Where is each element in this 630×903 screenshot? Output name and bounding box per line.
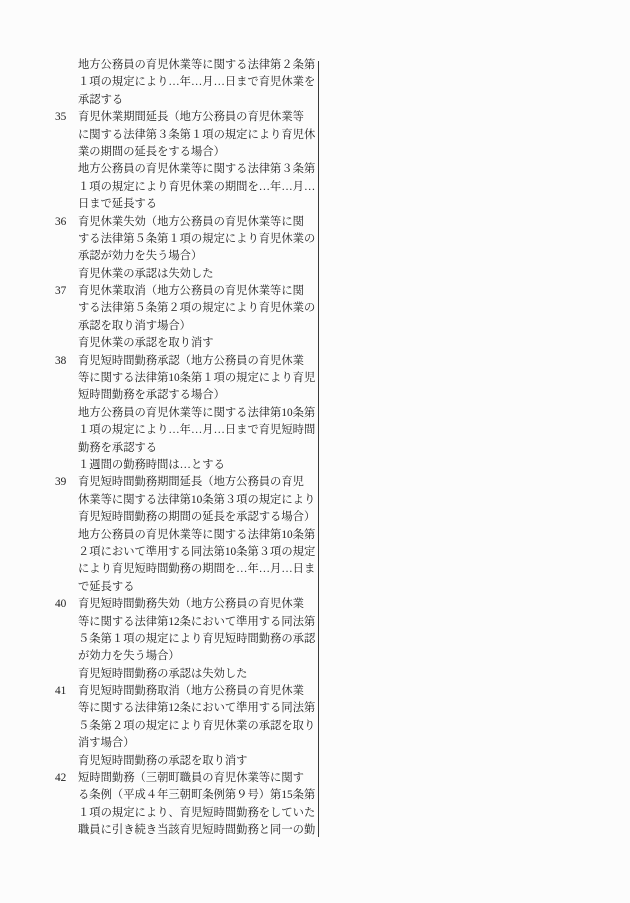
document-line: 消す場合） xyxy=(55,735,321,752)
line-text: １項の規定により、育児短時間勤務をしていた xyxy=(78,805,315,822)
line-text: ５条第１項の規定により育児短時間勤務の承認 xyxy=(78,631,315,648)
line-text: 育児休業の承認を取り消す xyxy=(78,335,214,352)
document-line: 41育児短時間勤務取消（地方公務員の育児休業 xyxy=(55,683,321,700)
line-text: する法律第５条第１項の規定により育児休業の xyxy=(78,231,315,248)
line-text: 承認する xyxy=(78,92,123,109)
line-text: 地方公務員の育児休業等に関する法律第２条第 xyxy=(78,57,315,74)
line-text: 等に関する法律第12条において準用する同法第 xyxy=(78,614,315,631)
document-line: 勤務を承認する xyxy=(55,440,321,457)
item-number: 38 xyxy=(55,353,66,370)
document-line: により育児短時間勤務の期間を…年…月…日ま xyxy=(55,561,321,578)
line-text: 等に関する法律第12条において準用する同法第 xyxy=(78,700,315,717)
line-text: １項の規定により…年…月…日まで育児休業を xyxy=(78,74,315,91)
document-page: 地方公務員の育児休業等に関する法律第２条第 １項の規定により…年…月…日まで育児… xyxy=(0,0,630,903)
line-text: 育児短時間勤務の期間の延長を承認する場合） xyxy=(78,509,315,526)
document-line: 短時間勤務を承認する場合） xyxy=(55,387,321,404)
line-text: 育児休業の承認は失効した xyxy=(78,266,214,283)
document-line: 等に関する法律第12条において準用する同法第 xyxy=(55,614,321,631)
item-number: 39 xyxy=(55,474,66,491)
line-text: 承認が効力を失う場合） xyxy=(78,248,202,265)
line-text: ５条第２項の規定により育児休業の承認を取り xyxy=(78,718,315,735)
document-line: 39育児短時間勤務期間延長（地方公務員の育児 xyxy=(55,474,321,491)
document-line: １項の規定により…年…月…日まで育児休業を xyxy=(55,74,321,91)
document-line: ２項において準用する同法第10条第３項の規定 xyxy=(55,544,321,561)
item-number: 36 xyxy=(55,214,66,231)
document-line: 等に関する法律第10条第１項の規定により育児 xyxy=(55,370,321,387)
line-text: 日まで延長する xyxy=(78,196,157,213)
line-text: 承認を取り消す場合） xyxy=(78,318,191,335)
line-text: 育児休業取消（地方公務員の育児休業等に関 xyxy=(78,283,304,300)
column-divider-rule xyxy=(318,61,319,837)
document-line: 35育児休業期間延長（地方公務員の育児休業等 xyxy=(55,109,321,126)
document-line: 休業等に関する法律第10条第３項の規定により xyxy=(55,492,321,509)
document-line: ５条第１項の規定により育児短時間勤務の承認 xyxy=(55,631,321,648)
item-number: 35 xyxy=(55,109,66,126)
document-line: 承認する xyxy=(55,92,321,109)
document-line: が効力を失う場合） xyxy=(55,648,321,665)
line-text: により育児短時間勤務の期間を…年…月…日ま xyxy=(78,561,315,578)
document-line: 育児休業の承認を取り消す xyxy=(55,335,321,352)
document-line: １項の規定により…年…月…日まで育児短時間 xyxy=(55,422,321,439)
document-line: 地方公務員の育児休業等に関する法律第10条第 xyxy=(55,527,321,544)
line-text: する法律第５条第２項の規定により育児休業の xyxy=(78,300,315,317)
line-text: 職員に引き続き当該育児短時間勤務と同一の勤 xyxy=(78,822,315,839)
line-text: 育児休業期間延長（地方公務員の育児休業等 xyxy=(78,109,304,126)
document-line: 地方公務員の育児休業等に関する法律第３条第 xyxy=(55,161,321,178)
document-line: に関する法律第３条第１項の規定により育児休 xyxy=(55,127,321,144)
line-text: に関する法律第３条第１項の規定により育児休 xyxy=(78,127,315,144)
document-line: 37育児休業取消（地方公務員の育児休業等に関 xyxy=(55,283,321,300)
line-text: 業の期間の延長をする場合） xyxy=(78,144,225,161)
document-line: 等に関する法律第12条において準用する同法第 xyxy=(55,700,321,717)
line-text: 育児短時間勤務の承認は失効した xyxy=(78,666,247,683)
line-text: 育児短時間勤務の承認を取り消す xyxy=(78,753,247,770)
document-line: 育児短時間勤務の承認を取り消す xyxy=(55,753,321,770)
document-line: 業の期間の延長をする場合） xyxy=(55,144,321,161)
document-line: ５条第２項の規定により育児休業の承認を取り xyxy=(55,718,321,735)
line-text: 短時間勤務を承認する場合） xyxy=(78,387,225,404)
line-text: が効力を失う場合） xyxy=(78,648,180,665)
document-line: 42短時間勤務（三朝町職員の育児休業等に関す xyxy=(55,770,321,787)
line-text: 地方公務員の育児休業等に関する法律第10条第 xyxy=(78,405,315,422)
line-text: で延長する xyxy=(78,579,135,596)
line-text: 育児短時間勤務取消（地方公務員の育児休業 xyxy=(78,683,304,700)
line-text: 育児休業失効（地方公務員の育児休業等に関 xyxy=(78,214,304,231)
line-text: 勤務を承認する xyxy=(78,440,157,457)
document-line: 職員に引き続き当該育児短時間勤務と同一の勤 xyxy=(55,822,321,839)
document-line: 育児短時間勤務の期間の延長を承認する場合） xyxy=(55,509,321,526)
line-text: 育児短時間勤務承認（地方公務員の育児休業 xyxy=(78,353,304,370)
line-text: １週間の勤務時間は…とする xyxy=(78,457,225,474)
document-line: １項の規定により育児休業の期間を…年…月… xyxy=(55,179,321,196)
document-line: １週間の勤務時間は…とする xyxy=(55,457,321,474)
line-text: １項の規定により育児休業の期間を…年…月… xyxy=(78,179,315,196)
document-line: 地方公務員の育児休業等に関する法律第10条第 xyxy=(55,405,321,422)
line-text: 短時間勤務（三朝町職員の育児休業等に関す xyxy=(78,770,304,787)
line-text: 消す場合） xyxy=(78,735,135,752)
document-line: 承認を取り消す場合） xyxy=(55,318,321,335)
document-line: １項の規定により、育児短時間勤務をしていた xyxy=(55,805,321,822)
line-text: 等に関する法律第10条第１項の規定により育児 xyxy=(78,370,315,387)
item-number: 37 xyxy=(55,283,66,300)
line-text: ２項において準用する同法第10条第３項の規定 xyxy=(78,544,315,561)
item-number: 41 xyxy=(55,683,66,700)
document-line: 承認が効力を失う場合） xyxy=(55,248,321,265)
item-number: 40 xyxy=(55,596,66,613)
document-line: 36育児休業失効（地方公務員の育児休業等に関 xyxy=(55,214,321,231)
item-number: 42 xyxy=(55,770,66,787)
line-text: １項の規定により…年…月…日まで育児短時間 xyxy=(78,422,315,439)
document-line: 育児短時間勤務の承認は失効した xyxy=(55,666,321,683)
line-text: 休業等に関する法律第10条第３項の規定により xyxy=(78,492,315,509)
document-line: する法律第５条第１項の規定により育児休業の xyxy=(55,231,321,248)
document-line: 日まで延長する xyxy=(55,196,321,213)
document-line: 育児休業の承認は失効した xyxy=(55,266,321,283)
document-line: る条例（平成４年三朝町条例第９号）第15条第 xyxy=(55,787,321,804)
line-text: 地方公務員の育児休業等に関する法律第10条第 xyxy=(78,527,315,544)
document-line: する法律第５条第２項の規定により育児休業の xyxy=(55,300,321,317)
line-text: る条例（平成４年三朝町条例第９号）第15条第 xyxy=(78,787,315,804)
line-text: 育児短時間勤務期間延長（地方公務員の育児 xyxy=(78,474,304,491)
document-line: で延長する xyxy=(55,579,321,596)
text-column: 地方公務員の育児休業等に関する法律第２条第 １項の規定により…年…月…日まで育児… xyxy=(55,57,321,840)
document-line: 38育児短時間勤務承認（地方公務員の育児休業 xyxy=(55,353,321,370)
line-text: 育児短時間勤務失効（地方公務員の育児休業 xyxy=(78,596,304,613)
document-line: 40育児短時間勤務失効（地方公務員の育児休業 xyxy=(55,596,321,613)
document-line: 地方公務員の育児休業等に関する法律第２条第 xyxy=(55,57,321,74)
line-text: 地方公務員の育児休業等に関する法律第３条第 xyxy=(78,161,315,178)
